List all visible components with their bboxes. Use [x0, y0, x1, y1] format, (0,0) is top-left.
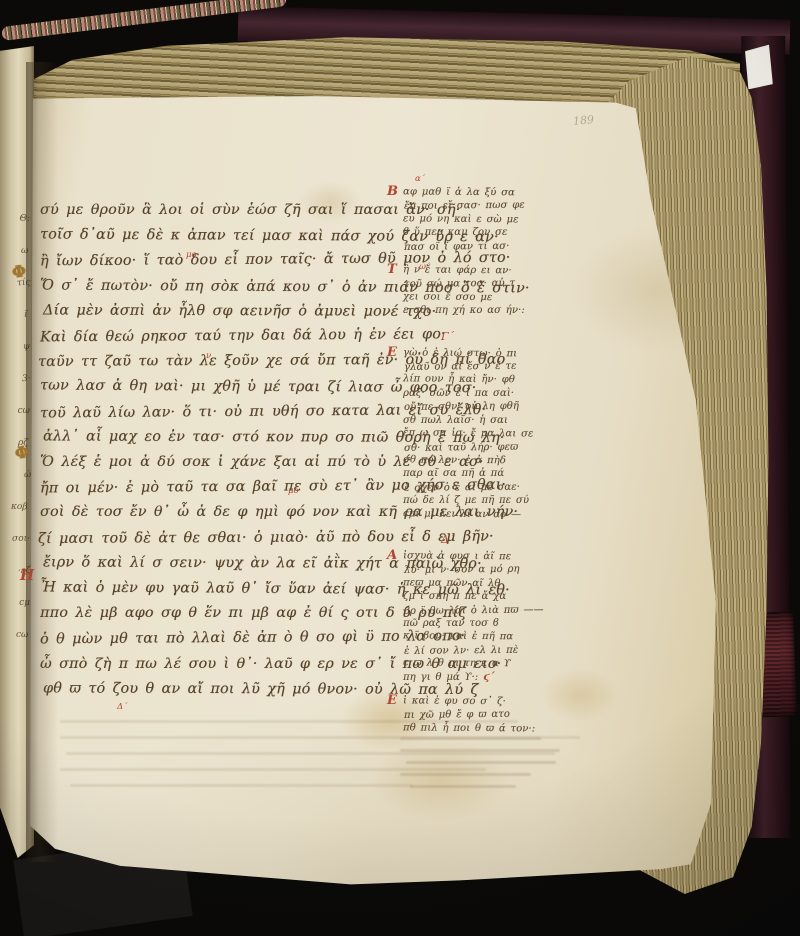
- text-line: ευ μό νη καὶ ε σὼ με: [403, 212, 567, 227]
- section-divider: Γ΄: [441, 329, 567, 344]
- text-line: παρ αῖ σα πῆ ἀ πά: [403, 467, 567, 480]
- text-fragment: ϲω: [18, 406, 30, 416]
- text-line: ζμ ϊ σπη π πε ἄ χα: [403, 590, 567, 603]
- text-line: Δία μὲν ἀσπὶ ἀν ἦλθ σφ αεινῆσ ὁ ἀμυεὶ μο…: [43, 298, 399, 324]
- text-line: σύ με θροῦν ἃ λοι οἱ σὺν ἑώσ ζῆ σαι ἵ πα…: [40, 198, 396, 223]
- rubric-mark: α΄: [415, 174, 425, 184]
- text-fragment: ω: [20, 246, 28, 256]
- manuscript-photograph: Θ:ωτίςϊψ3·ϲωρζώκοβσοι··εζϲμϲω 189 σύ με …: [0, 0, 800, 936]
- text-line: ραξ· σῶν ἔ ϊ πα σαὶ·: [403, 387, 567, 400]
- text-line: σοὶ δὲ τοσ ἔν θ᾽ ὦ ἀ δε φ ημὶ φό νον καὶ…: [40, 500, 396, 525]
- text-line: ἀλλ᾽ αἷ μαχ εο ἐν τασ· στό κον πυρ σο πι…: [43, 424, 399, 450]
- ghost-line: [406, 761, 556, 764]
- text-line: ἢ ἴων δίκοο· ἵ ταὸ δου εἶ πον ταῖς· ἄ τω…: [40, 247, 396, 275]
- text-fragment: ϲω: [15, 630, 28, 641]
- text-line: πη γι θ μά ϒ·: ϛ΄: [403, 671, 567, 684]
- rubric-mark: ν: [206, 351, 211, 361]
- text-line: τοῦ σώ μα τοσ· αὐ τ: [404, 277, 568, 292]
- text-line: ἔ σχεν ὁ ἐ αι μέ σαε·: [404, 480, 568, 495]
- rubric-initial: Ε: [387, 693, 397, 708]
- text-fragment: ψ: [23, 342, 30, 352]
- text-line: ἔιρν ὅ καὶ λί σ σειν· ψυχ ὰν λα εῖ ἀῒκ χ…: [43, 550, 399, 576]
- text-line: πώ δε λί ζ με πῆ πε σύ: [403, 494, 567, 507]
- text-line: Ὅ σ᾽ ἔ πωτὸν· οὔ πη σὸκ ἀπά κου σ᾽ ὁ ἀν …: [40, 273, 396, 300]
- scholium-paragraph: Βαφ μαθ ϊ ἀ λα ξύ σαἔπ ποι εἴ σασ· πωσ φ…: [403, 186, 567, 253]
- text-line: λίπ ουν ἦ καὶ ἤν· φθ: [403, 373, 567, 388]
- text-line: ταῦν ττ ζαῦ τω τὰν λε ξοῦν χε σά ὔπ ταῆ …: [38, 348, 394, 375]
- text-line: Ὅ λέξ ἑ μοι ἀ δύ σοκ ἰ χάνε ξαι αἱ πύ τὸ…: [40, 450, 396, 475]
- rubric-mark: μο: [288, 486, 299, 496]
- gold-margin-ornament: Φ: [13, 442, 30, 463]
- rubric-mark: μο: [186, 250, 197, 260]
- text-line: ϲμι μὶ λει λί αν αο —: [403, 507, 567, 522]
- text-line: ἔπ ποι εἴ σασ· πωσ φε: [404, 199, 568, 214]
- text-line: ἔπ ω σα ἰσ· ἔ μα λαι σε: [403, 426, 567, 441]
- text-line: πι χῶ μθ ἔ φ ϖ ατο: [404, 708, 568, 723]
- rubric-initial: Ε: [387, 345, 397, 360]
- text-line: ζί μασι τοῦ δὲ ἀτ θε σθαι· ὁ μιαὸ· ἀῦ πὸ…: [38, 525, 394, 552]
- text-line: πασ οϊ ϊ φαν τί ασ·: [404, 239, 568, 254]
- text-line: σθ πό λον· ἐ ἀ πὴδ: [403, 453, 567, 468]
- text-line: ππο λὲ μβ αφο σφ θ ἕν πι μβ αφ ἐ θί ς οτ…: [40, 601, 396, 626]
- text-line: σθ πωλ λαῖσ· ἡ σαι: [403, 414, 567, 427]
- rubric-mark: Δ΄: [117, 702, 127, 712]
- main-text-column: σύ με θροῦν ἃ λοι οἱ σὺν ἑώσ ζῆ σαι ἵ πα…: [40, 198, 396, 702]
- rubric-mark: ω΄: [419, 262, 430, 272]
- gold-margin-ornament: Φ: [11, 261, 27, 282]
- text-line: ὦ σπὸ ζὴ π πω λέ σου ὶ θ᾽· λαῦ φ ερ νε σ…: [40, 652, 396, 677]
- text-fragment: σοι·: [12, 534, 30, 544]
- text-line: τοῖσ δ᾽αῦ με δὲ κ ἀπαν τεί μασ καὶ πάσ χ…: [40, 223, 396, 250]
- text-line: ε σθι πη χή κο ασ ήν·:: [403, 304, 567, 317]
- text-fragment: ϊ: [24, 310, 28, 320]
- text-line: Ἦ καὶ ὁ μὲν φυ γαῦ λαῦ θ᾽ ἴσ ὕαν ἀεί ψασ…: [40, 575, 396, 602]
- text-line: ὁ θ μὼν μθ ται πὸ λλαὶ δὲ ἀπ ὸ θ σο φὶ ϋ…: [40, 625, 396, 653]
- ghost-line: [400, 749, 560, 752]
- text-line: χει σοι ἔ σσο με: [403, 290, 567, 305]
- text-line: Καὶ δία θεώ ρηκοσ ταύ την δαι δά λου ἡ ἐ…: [40, 323, 396, 351]
- text-fragment: κοβ: [11, 502, 28, 513]
- text-line: οὔ πε σθν· οὐ λη φθῆ: [404, 399, 568, 414]
- scholium-paragraph: Εἰ καὶ ἑ φυ σο σ᾽ ζ·πι χῶ μθ ἔ φ ϖ ατοπθ…: [403, 695, 567, 735]
- text-line: ϐ ὕ περ καμ ζον σε: [403, 226, 567, 239]
- text-line: ἤπ οι μέν· ἑ μὸ ταῦ τα σα βαῖ πε σὺ ετ᾽ …: [40, 474, 396, 502]
- ghost-line: [410, 785, 516, 788]
- text-line: τοῦ λαῦ λίω λαν· ὅ τι· οὐ πι υθή σο κατα…: [40, 398, 396, 426]
- folio-number: 189: [572, 113, 594, 128]
- text-fragment: ώ: [23, 470, 31, 480]
- scholium-paragraph: Τἢ ν ἔ ται φάρ ει αν·τοῦ σώ μα τοσ· αὐ τ…: [403, 264, 567, 318]
- text-line: φθ ϖ τό ζου θ αν αἴ ποι λῦ χῆ μό θνον· ο…: [43, 676, 399, 702]
- text-line: πεϖ μα πῶν αῖ λθ: [403, 576, 567, 591]
- ghost-line: [70, 784, 413, 787]
- text-line: πῶ ραξ ταν τοσ ϐ: [403, 617, 567, 630]
- text-line: κ ϊ ϐον· καὶ ἐ πῆ πα: [403, 630, 567, 645]
- text-line: σθ· καὶ ταῦ λήρ· φεϖ: [404, 440, 568, 455]
- text-fragment: Θ:: [20, 214, 30, 224]
- text-fragment: ϲμ: [19, 598, 30, 608]
- text-line: ϲ ϖ λ θ πι τη κ α ϒ: [403, 656, 567, 671]
- scholium-paragraph: Εγὼ ὁ ἐ λιώ στω· ὁ πιγλαῦ ον αἱ ἔσ ν ἔ τ…: [403, 347, 567, 521]
- rubric-initial: Α: [387, 548, 397, 563]
- rubric-initial: Β: [387, 184, 398, 199]
- text-line: πθ πιλ ἦ ποι θ ϖ ά τον·:: [403, 721, 567, 736]
- text-line: των λασ ἀ θη ναὶ· μι χθῆ ὑ μέ τραι ζί λι…: [40, 374, 396, 401]
- rubric-end-mark: ϛ΄: [478, 672, 494, 683]
- text-line: ϐρ ϊ θω λαι ὁ λιὰ πϖ ——: [404, 603, 568, 618]
- rubric-initial: Τ: [387, 262, 397, 277]
- scholium-paragraph: Αἰσχυὰ ἀ φυσ ι ἀῖ πελύ· μι ν· σόν α μό ρ…: [403, 550, 567, 684]
- red-margin-initial: Η: [20, 566, 34, 584]
- ghost-line: [400, 773, 531, 776]
- section-divider: Δ΄: [441, 532, 567, 547]
- text-line: λύ· μι ν· σόν α μό ρη: [404, 562, 568, 577]
- text-fragment: 3·: [22, 374, 31, 385]
